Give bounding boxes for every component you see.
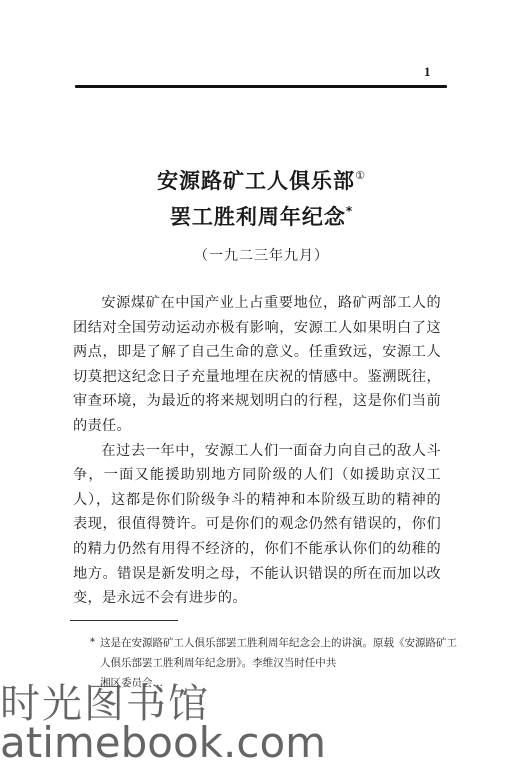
title-text: 罢工胜利周年纪念 <box>170 205 346 229</box>
chapter-title-line-2: 罢工胜利周年纪念* <box>0 201 523 231</box>
footnote-marker: * <box>90 633 95 653</box>
footnote-marker: * <box>346 204 353 218</box>
paragraph: 在过去一年中，安源工人们一面奋力向自己的敌人斗争，一面又能援助别地方同阶级的人们… <box>73 439 441 611</box>
date-line: （一九二三年九月） <box>0 245 523 265</box>
body-text: 安源煤矿在中国产业上占重要地位，路矿两部工人的团结对全国劳动运动亦极有影响，安源… <box>73 291 441 611</box>
chapter-title-line-1: 安源路矿工人俱乐部① <box>0 165 523 195</box>
endnote-marker: ① <box>355 169 366 182</box>
watermark-url: atimebook.com <box>0 718 326 767</box>
footnote-rule <box>70 620 178 621</box>
page-number: 1 <box>424 64 431 80</box>
header-rule <box>75 85 447 88</box>
title-text: 安源路矿工人俱乐部 <box>157 169 355 193</box>
paragraph: 安源煤矿在中国产业上占重要地位，路矿两部工人的团结对全国劳动运动亦极有影响，安源… <box>73 291 441 439</box>
footnote-text: 这是在安源路矿工人俱乐部罢工胜利周年纪念会上的讲演。原载《安源路矿工人俱乐部罢工… <box>100 637 457 669</box>
